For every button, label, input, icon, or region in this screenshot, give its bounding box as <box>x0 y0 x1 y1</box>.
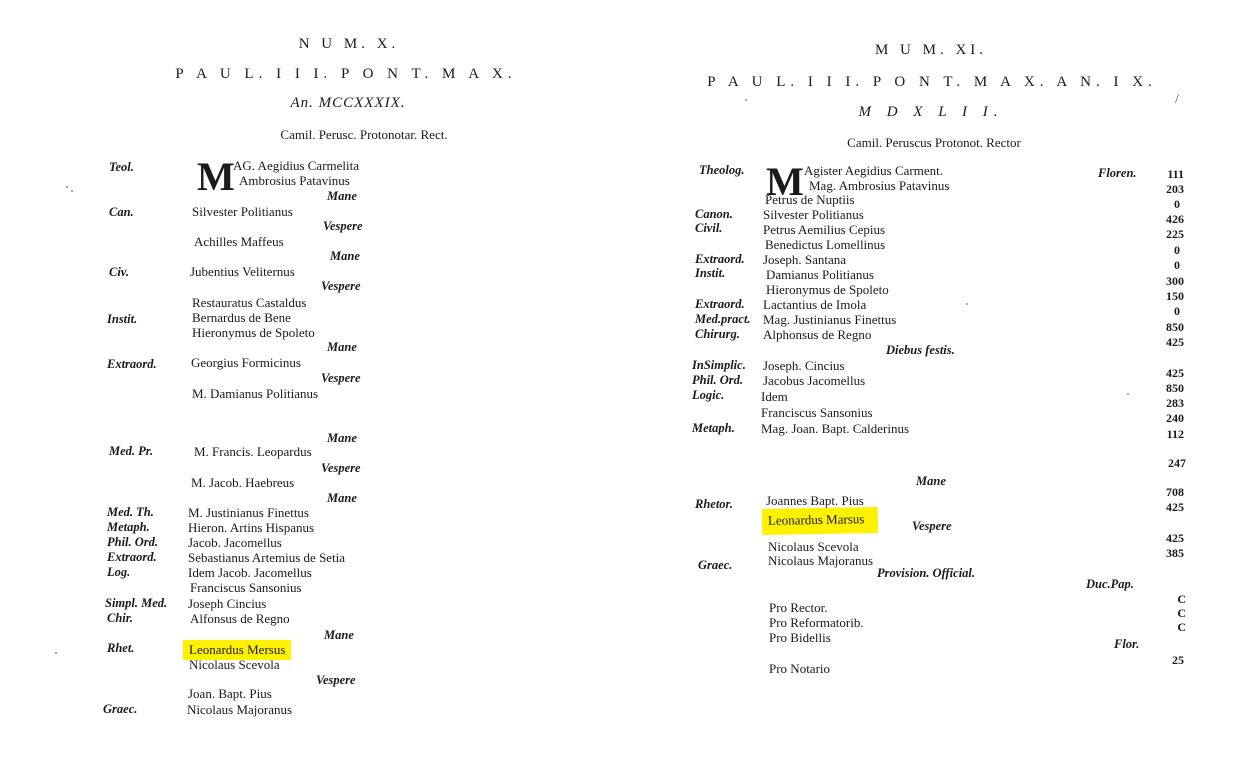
time-label: Mane <box>327 340 357 355</box>
amount: 283 <box>1166 396 1184 411</box>
entry-label: Theolog. <box>699 163 744 178</box>
entry-label: Teol. <box>109 160 134 175</box>
amount: C <box>1177 592 1186 607</box>
amount: 425 <box>1166 335 1184 350</box>
left-page: N U M. X. P A U L. I I I. P O N T. M A X… <box>0 0 620 774</box>
entry-name: Silvester Politianus <box>192 204 293 220</box>
entry-label: Simpl. Med. <box>105 596 167 611</box>
entry-name: Restauratus Castaldus <box>192 295 306 311</box>
amount: 112 <box>1167 427 1184 442</box>
entry-name: Agister Aegidius Carment. <box>804 163 943 179</box>
entry-name: Hieron. Artins Hispanus <box>188 520 314 536</box>
entry-name: M. Justinianus Finettus <box>188 505 309 521</box>
time-label: Vespere <box>912 519 952 534</box>
amount: 425 <box>1166 531 1184 546</box>
entry-name: M. Jacob. Haebreus <box>191 475 294 491</box>
entry-name: Georgius Formicinus <box>191 355 301 371</box>
entry-label: Metaph. <box>692 421 735 436</box>
entry-name: M. Damianus Politianus <box>192 386 318 402</box>
time-label: Mane <box>327 431 357 446</box>
entry-name: Nicolaus Majoranus <box>187 702 292 718</box>
right-pope-line: P A U L. I I I. P O N T. M A X. A N. I X… <box>707 74 1157 91</box>
time-label: Mane <box>916 474 946 489</box>
entry-name: Idem Jacob. Jacomellus <box>188 565 312 581</box>
entry-label: Chirurg. <box>695 327 740 342</box>
entry-label: Instit. <box>107 312 137 327</box>
amount: 0 <box>1174 243 1180 258</box>
entry-name: Franciscus Sansonius <box>190 580 302 596</box>
entry-name: Joseph Cincius <box>188 596 266 612</box>
entry-name: Nicolaus Majoranus <box>768 553 873 569</box>
entry-name: AG. Aegidius Carmelita <box>233 158 359 174</box>
amount: 850 <box>1166 381 1184 396</box>
left-rector: Camil. Perusc. Protonotar. Rect. <box>280 127 447 143</box>
left-year: An. MCCXXXIX. <box>290 95 405 112</box>
amount: 0 <box>1174 304 1180 319</box>
entry-label: Phil. Ord. <box>107 535 158 550</box>
left-heading: N U M. X. <box>299 36 400 53</box>
amount-subtotal: 247 <box>1168 456 1186 471</box>
time-label: Vespere <box>321 279 361 294</box>
entry-label: Civil. <box>695 221 722 236</box>
entry-label: Graec. <box>698 558 732 573</box>
entry-label: InSimplic. <box>692 358 746 373</box>
entry-name: Petrus Aemilius Cepius <box>763 222 885 238</box>
highlighted-entry-leonardus-marsus: Leonardus Marsus <box>762 507 879 535</box>
entry-label: Can. <box>109 205 134 220</box>
entry-name: Mag. Justinianus Finettus <box>763 312 896 328</box>
entry-name: Jacobus Jacomellus <box>763 373 865 389</box>
amount: 0 <box>1174 258 1180 273</box>
right-page: M U M. XI. P A U L. I I I. P O N T. M A … <box>620 0 1254 774</box>
entry-name: Ambrosius Patavinus <box>239 173 350 189</box>
entry-label: Med. Th. <box>107 505 154 520</box>
entry-label: Phil. Ord. <box>692 373 743 388</box>
time-label: Mane <box>327 189 357 204</box>
entry-name: Jacob. Jacomellus <box>188 535 282 551</box>
amount: 0 <box>1174 197 1180 212</box>
entry-name: Pro Reformatorib. <box>769 615 864 631</box>
entry-name: Alphonsus de Regno <box>763 327 871 343</box>
entry-label: Med.pract. <box>695 312 751 327</box>
amount: 850 <box>1166 320 1184 335</box>
entry-name: Mag. Joan. Bapt. Calderinus <box>761 421 909 437</box>
entry-name: Joseph. Santana <box>763 252 846 268</box>
time-label: Vespere <box>321 371 361 386</box>
entry-label: Rhet. <box>107 641 134 656</box>
entry-name: Pro Notario <box>769 661 830 677</box>
time-label: Diebus festis. <box>886 343 955 358</box>
entry-name: Nicolaus Scevola <box>189 657 280 673</box>
ink-mark: / <box>1175 92 1179 108</box>
currency-label-flor: Flor. <box>1114 637 1139 652</box>
entry-label: Metaph. <box>107 520 150 535</box>
amount: 203 <box>1166 182 1184 197</box>
entry-label: Med. Pr. <box>109 444 153 459</box>
entry-name: Pro Rector. <box>769 600 828 616</box>
entry-label: Extraord. <box>695 297 745 312</box>
entry-label: Graec. <box>103 702 137 717</box>
amount: 708 <box>1166 485 1184 500</box>
entry-name: Achilles Maffeus <box>194 234 284 250</box>
right-year: M D X L I I. <box>858 104 1003 121</box>
time-label: Vespere <box>316 673 356 688</box>
entry-name: Bernardus de Bene <box>192 310 291 326</box>
entry-name: Lactantius de Imola <box>763 297 866 313</box>
entry-name: Silvester Politianus <box>763 207 864 223</box>
amount: 425 <box>1166 500 1184 515</box>
entry-name: Joseph. Cincius <box>763 358 845 374</box>
time-label: Mane <box>324 628 354 643</box>
currency-label-duc-pap: Duc.Pap. <box>1086 577 1134 592</box>
amount: 25 <box>1172 653 1184 668</box>
entry-label: Chir. <box>107 611 133 626</box>
entry-name: M. Francis. Leopardus <box>194 444 312 460</box>
entry-name: Joan. Bapt. Pius <box>188 686 272 702</box>
amount: C <box>1177 606 1186 621</box>
right-rector: Camil. Peruscus Protonot. Rector <box>847 135 1021 151</box>
entry-name: Hieronymus de Spoleto <box>766 282 889 298</box>
entry-name: Sebastianus Artemius de Setia <box>188 550 345 566</box>
entry-name: Alfonsus de Regno <box>190 611 290 627</box>
entry-name: Idem <box>761 389 788 405</box>
entry-label: Extraord. <box>107 550 157 565</box>
time-label: Vespere <box>321 461 361 476</box>
currency-label-floren: Floren. <box>1098 166 1137 181</box>
entry-label: Canon. <box>695 207 733 222</box>
amount: C <box>1177 620 1186 635</box>
entry-label: Rhetor. <box>695 497 733 512</box>
entry-name: Benedictus Lomellinus <box>765 237 885 253</box>
amount: 150 <box>1166 289 1184 304</box>
entry-name: Petrus de Nuptiis <box>765 192 855 208</box>
entry-label: Civ. <box>109 265 129 280</box>
entry-name: Pro Bidellis <box>769 630 831 646</box>
entry-name: Franciscus Sansonius <box>761 405 873 421</box>
amount: 425 <box>1166 366 1184 381</box>
left-dropcap: M <box>197 161 235 193</box>
entry-label: Extraord. <box>695 252 745 267</box>
amount: 300 <box>1166 274 1184 289</box>
right-heading: M U M. XI. <box>875 42 987 59</box>
amount: 111 <box>1167 167 1184 182</box>
left-pope-line: P A U L. I I I. P O N T. M A X. <box>175 66 516 83</box>
time-label: Mane <box>327 491 357 506</box>
entry-label: Instit. <box>695 266 725 281</box>
section-heading-provision: Provision. Official. <box>877 566 975 581</box>
time-label: Vespere <box>323 219 363 234</box>
time-label: Mane <box>330 249 360 264</box>
amount: 426 <box>1166 212 1184 227</box>
entry-name: Jubentius Veliternus <box>190 264 295 280</box>
entry-name: Hieronymus de Spoleto <box>192 325 315 341</box>
amount: 225 <box>1166 227 1184 242</box>
entry-label: Log. <box>107 565 130 580</box>
amount: 240 <box>1166 411 1184 426</box>
entry-label: Extraord. <box>107 357 157 372</box>
entry-name: Damianus Politianus <box>766 267 874 283</box>
entry-label: Logic. <box>692 388 724 403</box>
amount: 385 <box>1166 546 1184 561</box>
